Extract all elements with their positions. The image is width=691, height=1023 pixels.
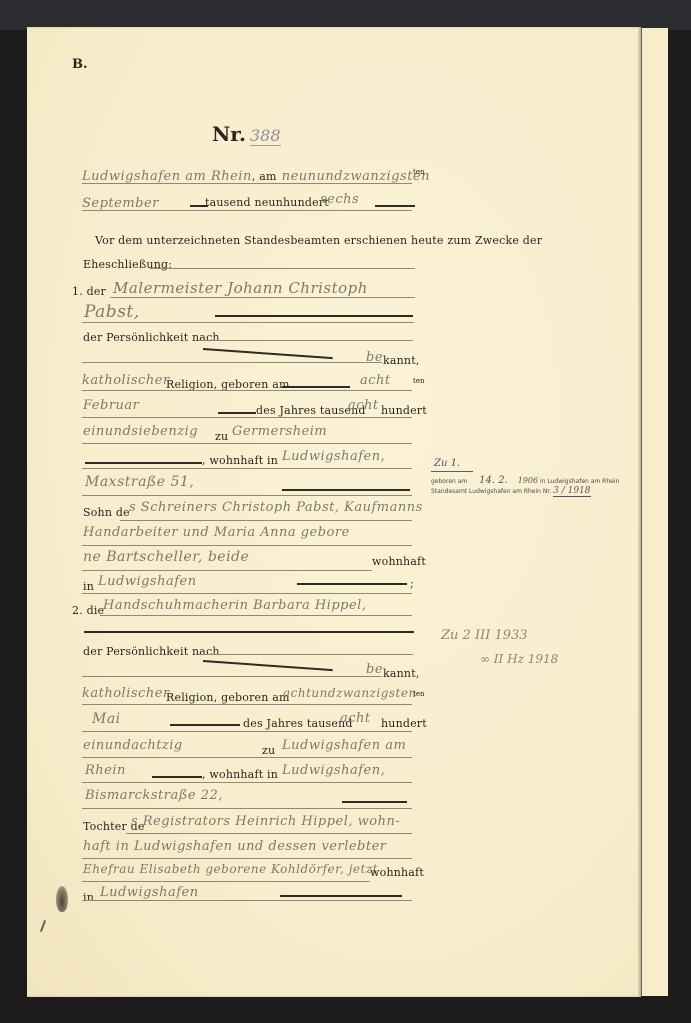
rule bbox=[82, 210, 412, 211]
rule bbox=[282, 386, 350, 388]
rule bbox=[280, 895, 402, 897]
rule bbox=[82, 322, 414, 323]
rule bbox=[82, 881, 370, 882]
bride-parents-line-1: s Registrators Heinrich Hippel, wohn- bbox=[131, 814, 400, 829]
year-label: tausend neunhundert bbox=[205, 196, 329, 209]
rule bbox=[215, 315, 413, 317]
rule bbox=[120, 520, 412, 521]
rule bbox=[297, 583, 407, 585]
groom-birth-day-suffix: ten bbox=[413, 377, 424, 385]
groom-residence: Ludwigshafen, bbox=[282, 449, 385, 464]
date-line-1: Ludwigshafen am Rhein, am neunundzwanzig… bbox=[82, 165, 430, 184]
rule bbox=[218, 412, 256, 414]
rule bbox=[82, 443, 412, 444]
bride-birth-month: Mai bbox=[92, 711, 121, 727]
stamp-date: 14. 2. bbox=[479, 475, 508, 486]
stamp-place-label: in Ludwigshafen am Rhein bbox=[540, 478, 619, 485]
rule bbox=[126, 833, 412, 834]
rule bbox=[84, 631, 414, 633]
rule bbox=[152, 776, 202, 778]
bride-parents-line-2: haft in Ludwigshafen und dessen verlebte… bbox=[83, 839, 387, 854]
semicolon: ; bbox=[410, 577, 414, 590]
bride-street: Bismarckstraße 22, bbox=[85, 788, 223, 803]
rule bbox=[82, 183, 412, 184]
stamp-office-label: Standesamt Ludwigshafen am Rhein Nr. bbox=[431, 488, 551, 495]
record-number-value: 388 bbox=[250, 126, 281, 146]
rule bbox=[110, 297, 415, 298]
rule bbox=[82, 731, 412, 732]
scanner-background-top bbox=[0, 0, 691, 30]
stamp-year: 1906 bbox=[518, 476, 538, 485]
month-handwritten: September bbox=[82, 196, 159, 211]
bride-occupation-name: Handschuhmacherin Barbara Hippel, bbox=[103, 598, 366, 613]
rule bbox=[150, 268, 415, 269]
stamp-line-2: Standesamt Ludwigshafen am Rhein Nr. 3 /… bbox=[431, 486, 611, 496]
stamp-geboren-label: geboren am bbox=[431, 478, 467, 485]
rule bbox=[82, 593, 412, 594]
groom-number-label: 1. der bbox=[72, 285, 106, 298]
intro-label: Eheschließung: bbox=[83, 258, 172, 271]
bride-birth-place: Ludwigshafen am bbox=[282, 738, 406, 753]
stamp-handwritten-top: Zu 1. bbox=[434, 458, 611, 469]
day-handwritten: neunundzwanzigsten bbox=[282, 169, 430, 184]
rule bbox=[82, 757, 412, 758]
groom-occupation-name: Malermeister Johann Christoph bbox=[113, 279, 368, 297]
groom-street: Maxstraße 51, bbox=[85, 474, 194, 490]
place-handwritten: Ludwigshafen am Rhein bbox=[82, 169, 252, 184]
bride-birth-century: acht bbox=[340, 711, 371, 726]
bride-residence-label: , wohnhaft in bbox=[202, 768, 278, 781]
bride-parents-residence: Ludwigshafen bbox=[100, 885, 199, 900]
rule bbox=[82, 676, 382, 677]
bride-birth-year: einundachtzig bbox=[83, 738, 183, 753]
rule bbox=[85, 462, 202, 464]
groom-birth-hundred-label: hundert bbox=[381, 404, 427, 417]
rule bbox=[82, 495, 412, 496]
groom-parents-residence: Ludwigshafen bbox=[98, 574, 197, 589]
bride-birth-hundred-label: hundert bbox=[381, 717, 427, 730]
rule bbox=[82, 782, 412, 783]
groom-birth-place: Germersheim bbox=[232, 424, 327, 439]
section-letter: B. bbox=[72, 57, 88, 72]
bride-birth-day: achtundzwanzigsten bbox=[283, 686, 417, 700]
birth-register-stamp: Zu 1. geboren am 14. 2. 1906 in Ludwigsh… bbox=[431, 458, 611, 496]
day-suffix: ten bbox=[413, 168, 424, 176]
record-number: Nr.388 bbox=[212, 122, 281, 146]
margin-note-1: Zu 2 III 1933 bbox=[441, 628, 528, 643]
bride-religion-label: Religion, geboren am bbox=[166, 691, 290, 704]
groom-parents-residence-label: wohnhaft bbox=[372, 555, 426, 568]
record-number-label: Nr. bbox=[212, 122, 246, 146]
groom-birth-day: acht bbox=[360, 373, 391, 388]
stamp-rule bbox=[431, 471, 473, 472]
groom-birth-place-label: zu bbox=[215, 430, 228, 443]
stamp-line-1: geboren am 14. 2. 1906 in Ludwigshafen a… bbox=[431, 475, 611, 486]
rule bbox=[100, 615, 412, 616]
groom-parents-label: Sohn de bbox=[83, 506, 130, 519]
rule bbox=[82, 417, 412, 418]
bride-religion: katholischer bbox=[82, 686, 170, 701]
rule bbox=[82, 468, 412, 469]
bride-birth-year-label: des Jahres tausend bbox=[243, 717, 353, 730]
groom-surname: Pabst, bbox=[84, 302, 140, 322]
rule bbox=[82, 704, 412, 705]
rule bbox=[198, 340, 413, 341]
rule bbox=[375, 205, 415, 207]
bride-birth-place-2: Rhein bbox=[85, 763, 126, 778]
ink-blot bbox=[56, 886, 68, 912]
bride-identity-prefix: be bbox=[366, 662, 383, 677]
date-line-2: September bbox=[82, 192, 159, 211]
groom-birth-month: Februar bbox=[83, 398, 139, 413]
groom-birth-century: acht bbox=[348, 398, 379, 413]
bride-identity-suffix: kannt, bbox=[383, 667, 420, 680]
rule bbox=[82, 808, 412, 809]
bride-residence: Ludwigshafen, bbox=[282, 763, 385, 778]
groom-parents-line-2: Handarbeiter und Maria Anna gebore bbox=[83, 525, 350, 540]
groom-parents-line-3: ne Bartscheller, beide bbox=[83, 549, 249, 565]
groom-religion: katholischer bbox=[82, 373, 170, 388]
rule bbox=[82, 858, 412, 859]
bride-parents-in-label: in bbox=[83, 891, 94, 904]
rule bbox=[82, 545, 412, 546]
rule bbox=[82, 390, 412, 391]
bride-identity-label: der Persönlichkeit nach bbox=[83, 645, 220, 658]
rule bbox=[198, 654, 413, 655]
rule bbox=[342, 801, 407, 803]
intro-text: Vor dem unterzeichneten Standesbeamten e… bbox=[95, 234, 542, 247]
am-label: , am bbox=[252, 170, 277, 183]
groom-identity-prefix: be bbox=[366, 350, 383, 365]
bride-parents-residence-label: wohnhaft bbox=[370, 866, 424, 879]
bride-birth-place-label: zu bbox=[262, 744, 275, 757]
rule bbox=[282, 489, 410, 491]
groom-residence-label: , wohnhaft in bbox=[202, 454, 278, 467]
groom-identity-label: der Persönlichkeit nach bbox=[83, 331, 220, 344]
rule bbox=[170, 724, 240, 726]
rule bbox=[82, 362, 382, 363]
bride-birth-day-suffix: ten bbox=[413, 690, 424, 698]
margin-note-2: ∞ II Hz 1918 bbox=[480, 652, 558, 666]
year-handwritten: sechs bbox=[320, 192, 359, 207]
stamp-number: 3 / 1918 bbox=[553, 486, 590, 497]
groom-birth-year: einundsiebenzig bbox=[83, 424, 198, 439]
groom-parents-in-label: in bbox=[83, 580, 94, 593]
groom-identity-suffix: kannt, bbox=[383, 354, 420, 367]
adjacent-page-edge bbox=[641, 28, 668, 996]
groom-parents-line-1: s Schreiners Christoph Pabst, Kaufmanns bbox=[129, 500, 423, 515]
rule bbox=[82, 900, 412, 901]
bride-parents-line-3: Ehefrau Elisabeth geborene Kohldörfer, j… bbox=[83, 862, 378, 876]
rule bbox=[82, 570, 372, 571]
